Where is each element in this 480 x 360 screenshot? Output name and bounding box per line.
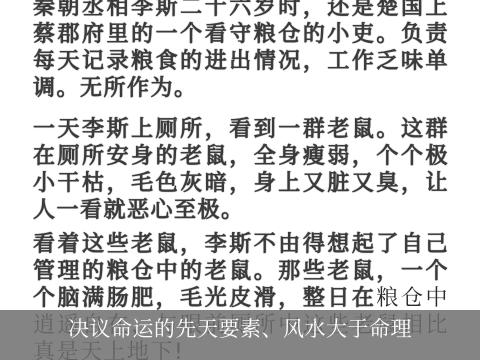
paragraph-2: 一天李斯上厕所，看到一群老鼠。这群在厕所安身的老鼠，全身瘦弱，个个极小干枯，毛色… (33, 116, 449, 224)
caption-text: 决议命运的先天要素、风水大于命理 (0, 316, 480, 342)
paragraph-1: 秦朝丞相李斯二十六岁时，还是楚国上蔡郡府里的一个看守粮仓的小吏。负责每天记录粮食… (33, 0, 449, 102)
document-page: 秦朝丞相李斯二十六岁时，还是楚国上蔡郡府里的一个看守粮仓的小吏。负责每天记录粮食… (0, 0, 480, 360)
